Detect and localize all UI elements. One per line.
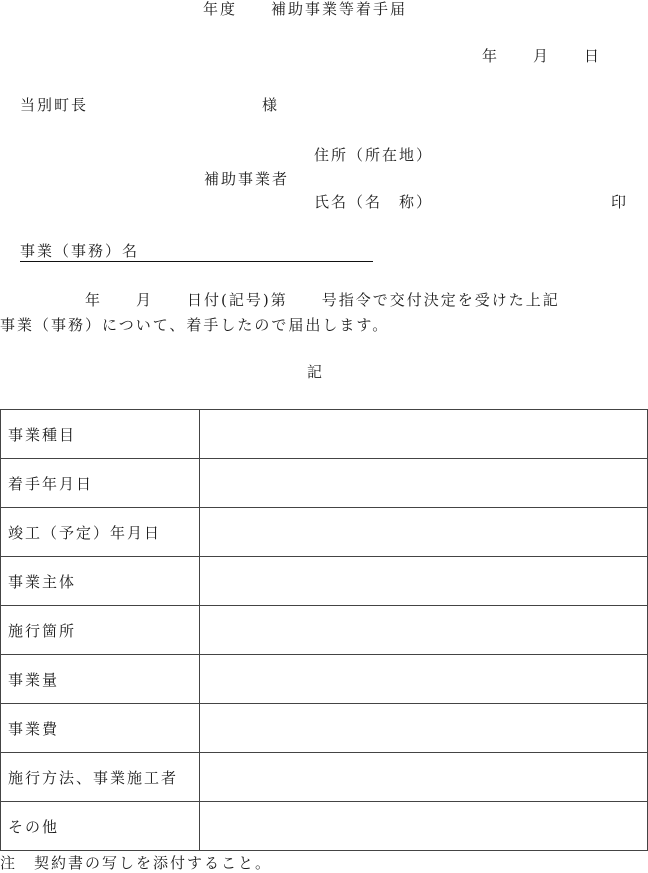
submission-date: 年 月 日 (482, 47, 601, 65)
row-label: 事業主体 (1, 557, 200, 606)
row-label: 事業量 (1, 655, 200, 704)
name-label: 氏名（名 称） (314, 193, 433, 211)
footnote: 注 契約書の写しを添付すること。 (0, 854, 272, 872)
applicant-label: 補助事業者 (204, 170, 289, 188)
row-label: 事業費 (1, 704, 200, 753)
table-row: 施行方法、事業施工者 (1, 753, 648, 802)
row-label: 施行箇所 (1, 606, 200, 655)
row-label: その他 (1, 802, 200, 851)
project-name-label: 事業（事務）名 (20, 242, 139, 260)
address-label: 住所（所在地） (314, 146, 433, 164)
table-row: 事業費 (1, 704, 648, 753)
row-value[interactable] (200, 704, 648, 753)
row-value[interactable] (200, 459, 648, 508)
row-label: 事業種目 (1, 410, 200, 459)
table-row: 事業量 (1, 655, 648, 704)
honorific: 様 (262, 96, 279, 114)
table-row: 着手年月日 (1, 459, 648, 508)
row-value[interactable] (200, 606, 648, 655)
project-name-field[interactable]: 事業（事務）名 (20, 242, 373, 262)
row-label: 施行方法、事業施工者 (1, 753, 200, 802)
row-value[interactable] (200, 557, 648, 606)
table-row: その他 (1, 802, 648, 851)
row-label: 竣工（予定）年月日 (1, 508, 200, 557)
row-value[interactable] (200, 655, 648, 704)
body-text-line-2: 事業（事務）について、着手したので届出します。 (0, 316, 389, 334)
row-value[interactable] (200, 802, 648, 851)
body-text-line-1: 年 月 日付(記号)第 号指令で交付決定を受けた上記 (0, 291, 560, 309)
row-label: 着手年月日 (1, 459, 200, 508)
details-table: 事業種目 着手年月日 竣工（予定）年月日 事業主体 施行箇所 事業量 事業費 施… (0, 409, 648, 851)
table-row: 事業主体 (1, 557, 648, 606)
table-row: 事業種目 (1, 410, 648, 459)
table-row: 施行箇所 (1, 606, 648, 655)
ki-heading: 記 (307, 363, 324, 381)
document-title: 年度 補助事業等着手届 (203, 0, 407, 18)
row-value[interactable] (200, 508, 648, 557)
row-value[interactable] (200, 410, 648, 459)
seal-mark: 印 (611, 193, 628, 211)
addressee: 当別町長 (20, 96, 88, 114)
table-row: 竣工（予定）年月日 (1, 508, 648, 557)
row-value[interactable] (200, 753, 648, 802)
